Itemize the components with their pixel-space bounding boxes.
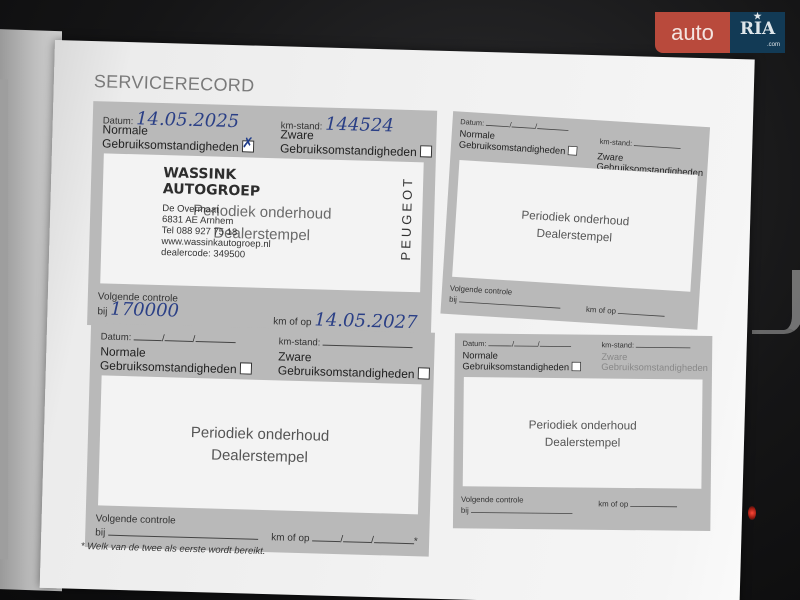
- normal-conditions-checkbox[interactable]: [567, 146, 577, 156]
- stamp-placeholder: Periodiek onderhoudDealerstempel: [99, 419, 420, 472]
- next-date-field: km of op //*: [271, 530, 418, 547]
- km-stand-field: km-stand:: [599, 136, 681, 151]
- datum-label: Datum:: [101, 331, 132, 343]
- heavy-conditions: ZwareGebruiksomstandigheden: [601, 352, 708, 373]
- km-of-op-label: km of op: [271, 532, 310, 544]
- next-bij-label: bij: [461, 507, 469, 516]
- next-label: Volgende controle: [461, 496, 524, 505]
- km-stand-field: km-stand:: [279, 334, 414, 351]
- datum-label: Datum:: [460, 118, 484, 128]
- service-record-card-4: Datum: // km-stand: NormaleGebruiksomsta…: [453, 333, 712, 531]
- heavy-conditions-checkbox[interactable]: [420, 145, 432, 157]
- service-record-card-2: Datum: // km-stand: NormaleGebruiksomsta…: [440, 111, 710, 330]
- dealer-stamp-area: Periodiek onderhoudDealerstempel: [98, 375, 422, 514]
- logo-suffix: .com: [767, 37, 780, 53]
- next-service: Volgende controlebij: [461, 496, 573, 517]
- stamp-placeholder: Periodiek onderhoudDealerstempel: [455, 203, 695, 252]
- page-title: SERVICERECORD: [94, 71, 255, 96]
- normal-conditions-checkbox[interactable]: [242, 140, 254, 152]
- normal-label-2: Gebruiksomstandigheden: [100, 358, 237, 376]
- logo-ria-text: RIA: [740, 21, 775, 37]
- next-date-field: km of op: [598, 499, 677, 510]
- dealer-stamp-area: Periodiek onderhoud Dealerstempel WASSIN…: [100, 153, 424, 292]
- km-stand-label: km-stand:: [601, 341, 634, 350]
- heavy-conditions-checkbox[interactable]: [417, 367, 429, 379]
- normal-conditions-checkbox[interactable]: [240, 362, 252, 374]
- car-seat-trim: [752, 270, 800, 334]
- normal-label-1: Normale: [102, 122, 148, 137]
- normal-conditions: Normale Gebruiksomstandigheden: [102, 123, 254, 154]
- dealer-name-2: AUTOGROEP: [163, 181, 273, 200]
- peugeot-brand: PEUGEOT: [398, 176, 415, 261]
- normal-label-1: Normale: [462, 350, 497, 361]
- km-stand-label: km-stand:: [279, 336, 321, 348]
- next-date-field: km of op: [586, 304, 665, 319]
- dealer-stamp: WASSINK AUTOGROEP De Overmaat 6831 AE Ar…: [161, 165, 273, 261]
- stamp-label-2: Dealerstempel: [463, 433, 702, 453]
- next-service: Volgende controle bij 170000: [97, 291, 179, 320]
- normal-label-2: Gebruiksomstandigheden: [462, 361, 569, 373]
- next-km-value: 170000: [110, 299, 179, 322]
- left-page-record-block: [0, 79, 8, 330]
- dealer-stamp-area: Periodiek onderhoudDealerstempel: [452, 160, 698, 292]
- left-page-record-block: [0, 329, 8, 560]
- datum-field: Datum: //: [101, 329, 236, 346]
- heavy-label-2: Gebruiksomstandigheden: [601, 361, 708, 373]
- normal-conditions: NormaleGebruiksomstandigheden: [459, 129, 578, 157]
- logo-ria-block: ★ RIA .com: [730, 12, 785, 53]
- heavy-label-1: Zware: [278, 349, 312, 364]
- datum-field: Datum: //: [463, 338, 571, 349]
- service-record-card-3: Datum: // km-stand: NormaleGebruiksomsta…: [85, 323, 435, 557]
- service-record-card-1: Datum: 14.05.2025 km-stand: 144524 Norma…: [87, 101, 437, 335]
- logo-auto-text: auto: [655, 12, 730, 53]
- next-service: Volgende controlebij: [449, 284, 561, 311]
- dealer-stamp-area: Periodiek onderhoudDealerstempel: [463, 377, 703, 489]
- next-label: Volgende controle: [95, 513, 175, 526]
- normal-conditions: NormaleGebruiksomstandigheden: [100, 345, 252, 376]
- next-bij-label: bij: [97, 306, 107, 317]
- km-of-op-label: km of op: [586, 306, 616, 316]
- autoria-watermark-logo: auto ★ RIA .com: [655, 12, 785, 53]
- service-record-page: SERVICERECORD Datum: 14.05.2025 km-stand…: [40, 40, 755, 600]
- dashboard-red-light: [748, 506, 756, 520]
- heavy-conditions: ZwareGebruiksomstandigheden: [278, 350, 430, 381]
- heavy-label-2: Gebruiksomstandigheden: [280, 141, 417, 159]
- stamp-placeholder: Periodiek onderhoudDealerstempel: [463, 416, 702, 453]
- km-of-op-label: km of op: [598, 500, 628, 509]
- datum-label: Datum:: [463, 340, 487, 349]
- normal-conditions-checkbox[interactable]: [571, 362, 580, 371]
- km-stand-label: km-stand:: [599, 138, 632, 149]
- normal-label-1: Normale: [100, 344, 146, 359]
- normal-label-2: Gebruiksomstandigheden: [102, 136, 239, 154]
- km-of-op-label: km of op: [273, 316, 312, 328]
- heavy-label-1: Zware: [280, 127, 314, 142]
- normal-label-2: Gebruiksomstandigheden: [459, 139, 566, 157]
- next-service: Volgende controlebij: [95, 513, 258, 544]
- heavy-label-2: Gebruiksomstandigheden: [278, 363, 415, 381]
- normal-conditions: NormaleGebruiksomstandigheden: [462, 351, 581, 373]
- km-stand-field: km-stand:: [601, 339, 690, 350]
- heavy-conditions: Zware Gebruiksomstandigheden: [280, 128, 432, 159]
- next-bij-label: bij: [95, 527, 105, 538]
- next-bij-label: bij: [449, 295, 457, 304]
